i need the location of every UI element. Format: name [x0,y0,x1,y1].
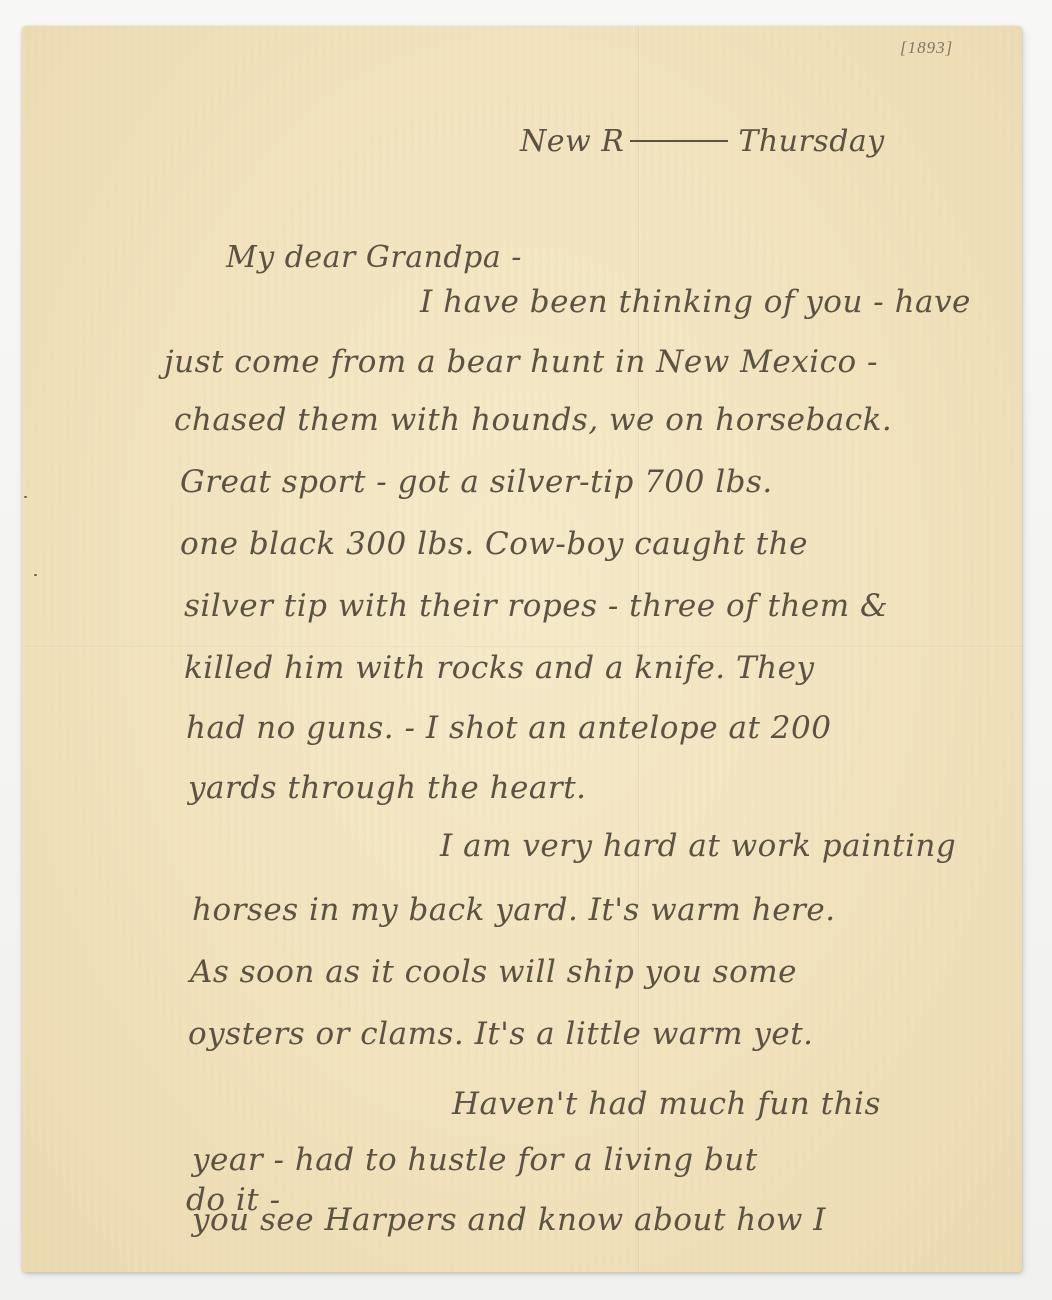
letter-line-4: Great sport - got a silver-tip 700 lbs. [180,464,773,500]
letter-line-2: just come from a bear hunt in New Mexico… [164,344,878,380]
letter-line-16: you see Harpers and know about how I [192,1202,826,1238]
letter-line-3: chased them with hounds, we on horseback… [174,402,892,438]
letter-line-1: I have been thinking of you - have [420,284,971,320]
dateline: New RThursday [520,124,885,159]
letter-line-7: killed him with rocks and a knife. They [184,650,815,686]
scan-background: [1893] New RThursday My dear Grandpa - I… [0,0,1052,1300]
letter-paper: [1893] New RThursday My dear Grandpa - I… [22,26,1022,1272]
letter-line-8: had no guns. - I shot an antelope at 200 [186,710,831,746]
letter-line-11: horses in my back yard. It's warm here. [192,892,836,928]
salutation: My dear Grandpa - [226,240,522,275]
dateline-dash [630,140,728,142]
dateline-place: New R [520,124,624,159]
ink-speck [34,574,37,576]
letter-line-10: I am very hard at work painting [440,828,956,864]
letter-line-17: do it - [186,1182,281,1218]
letter-line-12: As soon as it cools will ship you some [190,954,797,990]
letter-line-5: one black 300 lbs. Cow-boy caught the [180,526,808,562]
horizontal-fold-line [22,646,1022,648]
dateline-day: Thursday [738,124,884,159]
ink-speck [24,496,27,498]
archive-date-annotation: [1893] [900,38,953,58]
letter-line-6: silver tip with their ropes - three of t… [184,588,888,624]
letter-line-14: Haven't had much fun this [452,1086,881,1122]
letter-line-15: year - had to hustle for a living but [192,1142,758,1178]
letter-line-13: oysters or clams. It's a little warm yet… [188,1016,814,1052]
letter-line-9: yards through the heart. [188,770,587,806]
